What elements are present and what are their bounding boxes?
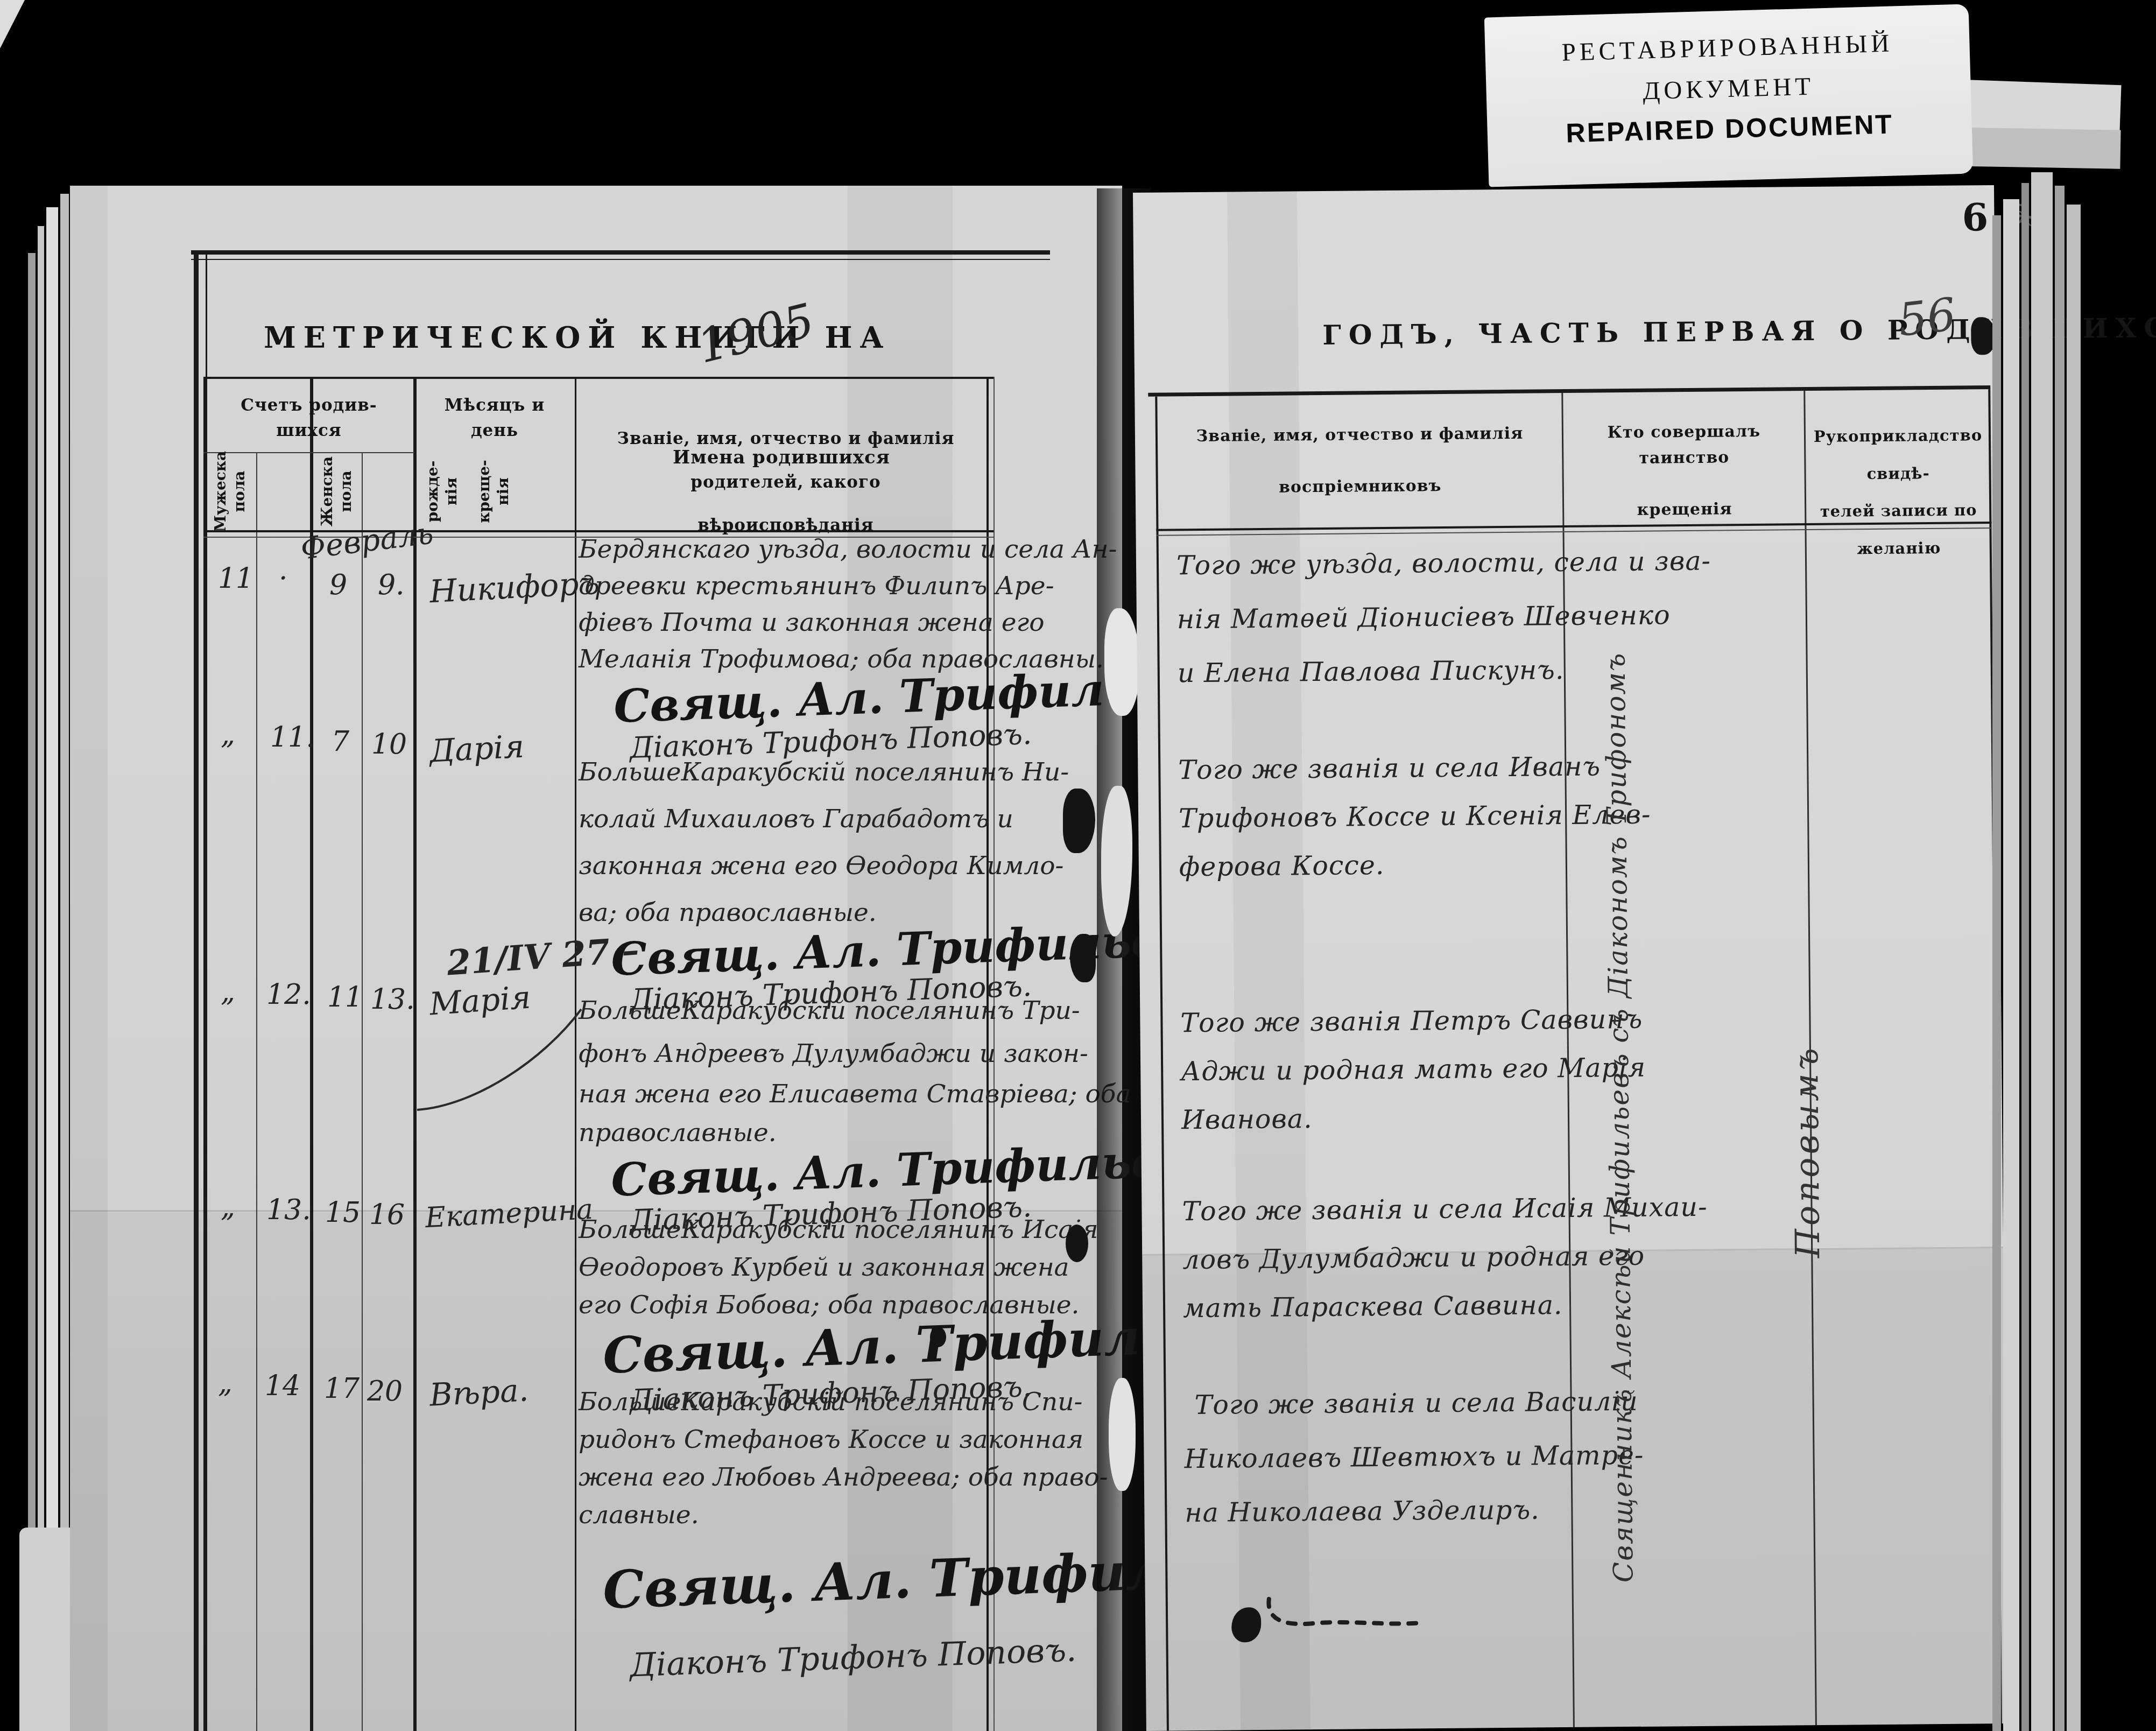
parents-line: ридонъ Стефановъ Коссе и законная: [579, 1425, 1083, 1454]
stacked-pages-left: [28, 253, 36, 1731]
row-baptism-day: 10: [371, 728, 407, 761]
col-parents: Званіе, имя, отчество и фамилія родителе…: [587, 417, 985, 547]
pen-flourish: [1264, 1586, 1544, 1642]
row-female-count: 14: [265, 1370, 300, 1402]
godparents-line: Того же званія Петръ Саввинъ: [1180, 1004, 1643, 1038]
parents-line: законная жена его Ѳеодора Кимло-: [579, 851, 1063, 881]
parents-line: славные.: [579, 1500, 699, 1530]
col-date-baptism: креще- нія: [445, 443, 542, 540]
parents-line: БольшеКаракубскій поселянинъ Спи-: [579, 1387, 1082, 1417]
row-baptism-day: 20: [367, 1375, 403, 1408]
parents-line: Бердянскаго уѣзда, волости и села Ан-: [579, 534, 1117, 564]
godparents-line: ферова Коссе.: [1179, 850, 1385, 882]
col-officiant: Кто совершалъ таинство крещенія: [1566, 418, 1803, 524]
officiant-vertical-text-tail: Поповымъ: [1785, 881, 1827, 1258]
stacked-pages-right: [2021, 183, 2029, 1731]
row-male-count: „: [221, 719, 235, 751]
row-female-count: 12.: [266, 979, 311, 1011]
pen-stroke: [414, 996, 587, 1122]
left-page: МЕТРИЧЕСКОЙ КНИГИ НА 1905 Счетъ родив- ш…: [70, 186, 1122, 1731]
row-female-count: ·: [279, 562, 288, 595]
scanned-book-spread: МЕТРИЧЕСКОЙ КНИГИ НА 1905 Счетъ родив- ш…: [0, 0, 2156, 1731]
row-birth-day: 11: [327, 981, 363, 1014]
row-child-name: Дарія: [428, 728, 525, 769]
row-male-count: „: [218, 1367, 232, 1399]
parents-line: ва; оба православные.: [579, 898, 877, 927]
godparents-line: мать Параскева Саввина.: [1183, 1290, 1563, 1324]
godparents-line: Николаевъ Шевтюхъ и Матре-: [1184, 1440, 1644, 1474]
parents-line: фонъ Андреевъ Дулумбаджи и закон-: [579, 1039, 1088, 1068]
row-child-name: Вѣра.: [428, 1371, 529, 1413]
row-baptism-day: 9.: [378, 569, 405, 601]
godparents-line: Того же званія и села Иванъ: [1178, 751, 1601, 785]
col-godparents: Званіе, имя, отчество и фамилія воспріем…: [1159, 420, 1561, 501]
parents-line: православные.: [579, 1118, 777, 1148]
stamp-line-russian-2: ДОКУМЕНТ: [1486, 67, 1971, 110]
row-child-name: Екатерина: [425, 1193, 594, 1234]
row-baptism-day: 13.: [370, 983, 415, 1016]
godparents-line: Трифоновъ Коссе и Ксенія Елев-: [1179, 799, 1651, 834]
parents-line: фіевъ Почта и законная жена его: [579, 608, 1045, 637]
row-male-count: 11: [218, 562, 253, 595]
right-page: 6 53 ГОДЪ, ЧАСТЬ ПЕРВАЯ О РОДИВШИХСЯ 56 …: [1133, 185, 2007, 1731]
parents-line: ная жена его Елисавета Ставріева; оба: [579, 1079, 1131, 1109]
stacked-pages-right: [2067, 205, 2081, 1731]
parents-line: БольшеКаракубскій поселянинъ Ни-: [579, 757, 1069, 787]
stacked-pages-left: [46, 207, 58, 1731]
deacon-signature: Діаконъ Трифонъ Поповъ.: [629, 1631, 1077, 1685]
row-birth-day: 17: [324, 1373, 360, 1405]
col-count-group: Счетъ родив- шихся: [205, 393, 413, 443]
row-birth-day: 9: [329, 569, 347, 601]
godparents-line: Того же уѣзда, волости, села и зва-: [1176, 546, 1711, 581]
row-male-count: „: [221, 1191, 235, 1223]
stacked-pages-right: [1992, 215, 2001, 1731]
stacked-pages-left: [38, 226, 44, 1731]
godparents-line: на Николаева Узделиръ.: [1185, 1494, 1540, 1528]
stacked-pages-right: [2031, 172, 2053, 1731]
col-count-male: Мужеска пола: [181, 443, 278, 540]
handwritten-folio: 56: [1896, 287, 1958, 346]
corner-paper-wedge: [0, 0, 25, 48]
col-date-group: Мѣсяцъ и день: [414, 393, 575, 443]
row-birth-day: 15: [325, 1197, 361, 1229]
row-male-count: „: [221, 976, 235, 1008]
col-witnesses: Рукоприкладство свидѣ- телей записи по ж…: [1808, 417, 1989, 568]
row-female-count: 13.: [266, 1194, 311, 1226]
stamp-line-english: REPAIRED DOCUMENT: [1487, 106, 1972, 151]
parents-line: колай Михаиловъ Гарабадотъ и: [579, 804, 1013, 834]
row-birth-day: 7: [332, 726, 349, 758]
page-number-printed: 6: [1962, 195, 1988, 240]
godparents-line: и Елена Павлова Пискунъ.: [1178, 655, 1565, 688]
parents-line: Ѳеодоровъ Курбей и законная жена: [579, 1252, 1069, 1282]
under-sheet-bottom-left: [19, 1528, 71, 1731]
officiant-vertical-text: Священникъ Алексѣй Трифильевъ съ Діаконо…: [1599, 560, 1639, 1582]
godparents-line: Иванова.: [1181, 1103, 1313, 1135]
row-baptism-day: 16: [369, 1199, 405, 1231]
parents-line: дреевки крестьянинъ Филипъ Аре-: [579, 571, 1054, 601]
year-handwritten: 1905: [692, 293, 820, 374]
godparents-line: ловъ Дулумбаджи и родная его: [1182, 1241, 1645, 1275]
stacked-pages-right: [2055, 186, 2065, 1731]
stamp-line-russian-1: РЕСТАВРИРОВАННЫЙ: [1485, 26, 1970, 69]
repaired-document-stamp: РЕСТАВРИРОВАННЫЙ ДОКУМЕНТ REPAIRED DOCUM…: [1484, 4, 1973, 187]
godparents-line: Того же званія и села Василій: [1194, 1386, 1638, 1420]
stacked-pages-right: [2003, 199, 2019, 1731]
parents-line: БольшеКаракубскій поселянинъ Три-: [579, 996, 1080, 1025]
stacked-pages-left: [60, 194, 69, 1731]
parents-line: жена его Любовь Андреева; оба право-: [579, 1462, 1108, 1492]
godparents-line: нія Матѳей Діонисіевъ Шевченко: [1177, 600, 1671, 635]
godparents-line: Аджи и родная мать его Марія: [1181, 1052, 1646, 1087]
row-female-count: 11.: [270, 721, 315, 754]
parents-line: БольшеКаракубскій поселянинъ Исаія: [579, 1215, 1098, 1244]
gutter-torn-paper: [1109, 1378, 1136, 1491]
